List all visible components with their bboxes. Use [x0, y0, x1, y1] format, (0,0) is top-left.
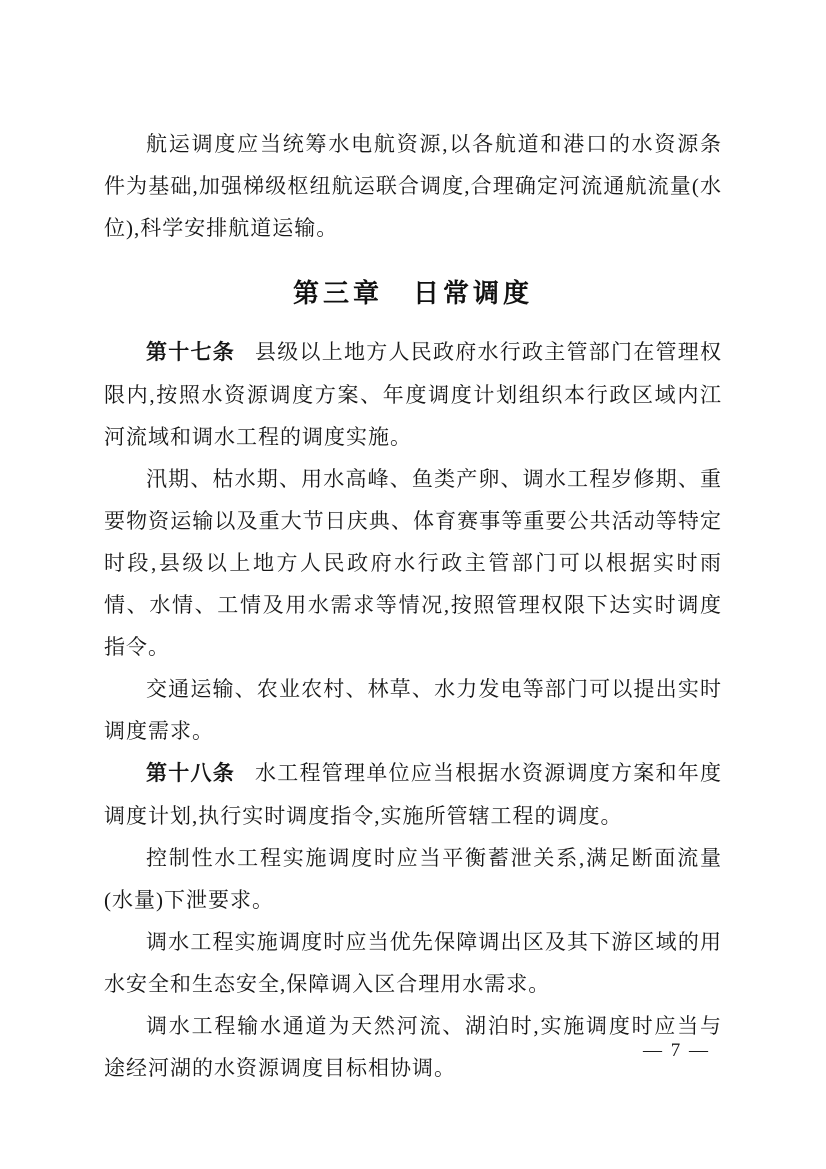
chapter-number: 第三章: [293, 278, 383, 308]
article-17-label: 第十七条: [146, 341, 235, 364]
article-18-paragraph-3: 调水工程实施调度时应当优先保障调出区及其下游区域的用水安全和生态安全,保障调入区…: [104, 921, 722, 1005]
article-17-paragraph-2: 汛期、枯水期、用水高峰、鱼类产卵、调水工程岁修期、重要物资运输以及重大节日庆典、…: [104, 458, 722, 668]
page-number: — 7 —: [643, 1038, 710, 1064]
paragraph-text: 汛期、枯水期、用水高峰、鱼类产卵、调水工程岁修期、重要物资运输以及重大节日庆典、…: [104, 467, 722, 659]
paragraph-text: 航运调度应当统筹水电航资源,以各航道和港口的水资源条件为基础,加强梯级枢纽航运联…: [104, 132, 722, 240]
article-17-paragraph-1: 第十七条县级以上地方人民政府水行政主管部门在管理权限内,按照水资源调度方案、年度…: [104, 331, 722, 458]
document-page: 航运调度应当统筹水电航资源,以各航道和港口的水资源条件为基础,加强梯级枢纽航运联…: [0, 0, 826, 1169]
article-18-paragraph-4: 调水工程输水通道为天然河流、湖泊时,实施调度时应当与途经河湖的水资源调度目标相协…: [104, 1005, 722, 1089]
page-number-text: — 7 —: [643, 1040, 710, 1061]
chapter-title: 日常调度: [413, 278, 533, 308]
document-content: 航运调度应当统筹水电航资源,以各航道和港口的水资源条件为基础,加强梯级枢纽航运联…: [104, 123, 722, 1089]
article-18-paragraph-2: 控制性水工程实施调度时应当平衡蓄泄关系,满足断面流量(水量)下泄要求。: [104, 837, 722, 921]
paragraph-text: 调水工程输水通道为天然河流、湖泊时,实施调度时应当与途经河湖的水资源调度目标相协…: [104, 1014, 722, 1080]
article-18-label: 第十八条: [146, 762, 235, 785]
paragraph-navigation-dispatch: 航运调度应当统筹水电航资源,以各航道和港口的水资源条件为基础,加强梯级枢纽航运联…: [104, 123, 722, 249]
article-17-paragraph-3: 交通运输、农业农村、林草、水力发电等部门可以提出实时调度需求。: [104, 668, 722, 752]
paragraph-text: 调水工程实施调度时应当优先保障调出区及其下游区域的用水安全和生态安全,保障调入区…: [104, 930, 722, 996]
paragraph-text: 交通运输、农业农村、林草、水力发电等部门可以提出实时调度需求。: [104, 677, 722, 743]
chapter-heading: 第三章日常调度: [104, 275, 722, 311]
article-18-paragraph-1: 第十八条水工程管理单位应当根据水资源调度方案和年度调度计划,执行实时调度指令,实…: [104, 752, 722, 837]
paragraph-text: 控制性水工程实施调度时应当平衡蓄泄关系,满足断面流量(水量)下泄要求。: [104, 846, 722, 912]
